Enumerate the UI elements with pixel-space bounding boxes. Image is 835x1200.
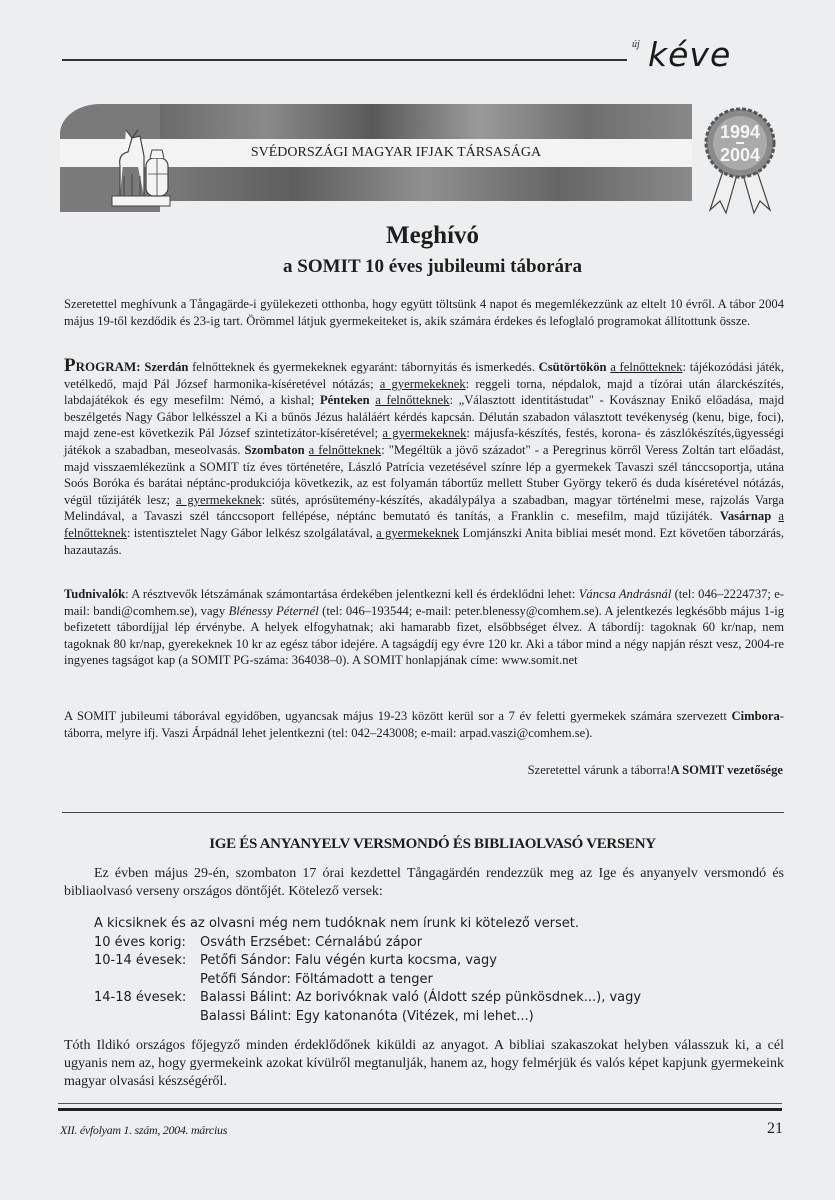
poem-list-item: 10-14 évesek:Petőfi Sándor: Falu végén k…: [94, 952, 641, 971]
cimbora-camp-paragraph: A SOMIT jubileumi táborával egyidőben, u…: [64, 708, 784, 741]
masthead-rule: [62, 59, 627, 61]
poem-list-item: 14-18 évesek:Balassi Bálint: Az borivókn…: [94, 989, 641, 1008]
svg-text:1994: 1994: [720, 122, 760, 142]
age-group-label: 14-18 évesek:: [94, 989, 200, 1008]
poem-title: Petőfi Sándor: Föltámadott a tenger: [200, 971, 433, 990]
svg-text:2004: 2004: [720, 145, 760, 165]
age-group-label: 10 éves korig:: [94, 934, 200, 953]
age-group-label: [94, 971, 200, 990]
article-title: Meghívó: [0, 222, 835, 250]
program-paragraph: PROGRAM: Szerdán felnőtteknek és gyermek…: [64, 358, 784, 558]
section-divider: [62, 812, 784, 813]
page-number: 21: [767, 1120, 783, 1138]
signature: Szeretettel várunk a táborra!A SOMIT vez…: [528, 763, 783, 778]
poem-list-item: A kicsiknek és az olvasni még nem tudókn…: [94, 915, 641, 934]
banner-photo-strip-bottom: [160, 167, 692, 201]
poem-list-item: 10 éves korig:Osváth Erzsébet: Cérnalábú…: [94, 934, 641, 953]
competition-lead: Ez évben május 29-én, szombaton 17 órai …: [64, 865, 784, 901]
poem-title: Balassi Bálint: Egy katonanóta (Vitézek,…: [200, 1008, 534, 1027]
competition-title: IGE ÉS ANYANYELV VERSMONDÓ ÉS BIBLIAOLVA…: [0, 836, 835, 853]
issue-info: XII. évfolyam 1. szám, 2004. március: [60, 1123, 227, 1138]
footer-rule: [58, 1103, 782, 1104]
competition-closing: Tóth Ildikó országos főjegyző minden érd…: [64, 1037, 784, 1091]
age-group-label: [94, 1008, 200, 1027]
poem-title: A kicsiknek és az olvasni még nem tudókn…: [94, 915, 579, 934]
invitation-intro: Szeretettel meghívunk a Tångagärde-i gyü…: [64, 296, 784, 329]
practical-info-paragraph: Tudnivalók: A résztvevők létszámának szá…: [64, 586, 784, 669]
poem-title: Balassi Bálint: Az borivóknak való (Áldo…: [200, 989, 641, 1008]
anniversary-seal-icon: 1994 2004: [700, 105, 780, 215]
poem-title: Petőfi Sándor: Falu végén kurta kocsma, …: [200, 952, 497, 971]
magazine-page: új kéve SVÉDORSZÁGI MAGYAR IFJAK TÁRSASÁ…: [0, 0, 835, 1200]
poem-list-item: Petőfi Sándor: Föltámadott a tenger: [94, 971, 641, 990]
poem-list-item: Balassi Bálint: Egy katonanóta (Vitézek,…: [94, 1008, 641, 1027]
program-body: Szerdán felnőtteknek és gyermekeknek egy…: [64, 360, 784, 557]
deer-coat-of-arms-icon: [110, 116, 180, 208]
article-subtitle: a SOMIT 10 éves jubileumi táborára: [0, 256, 835, 278]
program-label: PROGRAM:: [64, 359, 141, 374]
masthead-prefix: új: [632, 39, 640, 50]
poem-title: Osváth Erzsébet: Cérnalábú zápor: [200, 934, 422, 953]
organization-banner: SVÉDORSZÁGI MAGYAR IFJAK TÁRSASÁGA: [60, 104, 692, 212]
banner-photo-strip-top: [160, 104, 692, 139]
required-poems-list: A kicsiknek és az olvasni még nem tudókn…: [94, 915, 641, 1026]
magazine-logo: kéve: [648, 38, 731, 71]
footer-rule-thick: [58, 1108, 782, 1111]
age-group-label: 10-14 évesek:: [94, 952, 200, 971]
